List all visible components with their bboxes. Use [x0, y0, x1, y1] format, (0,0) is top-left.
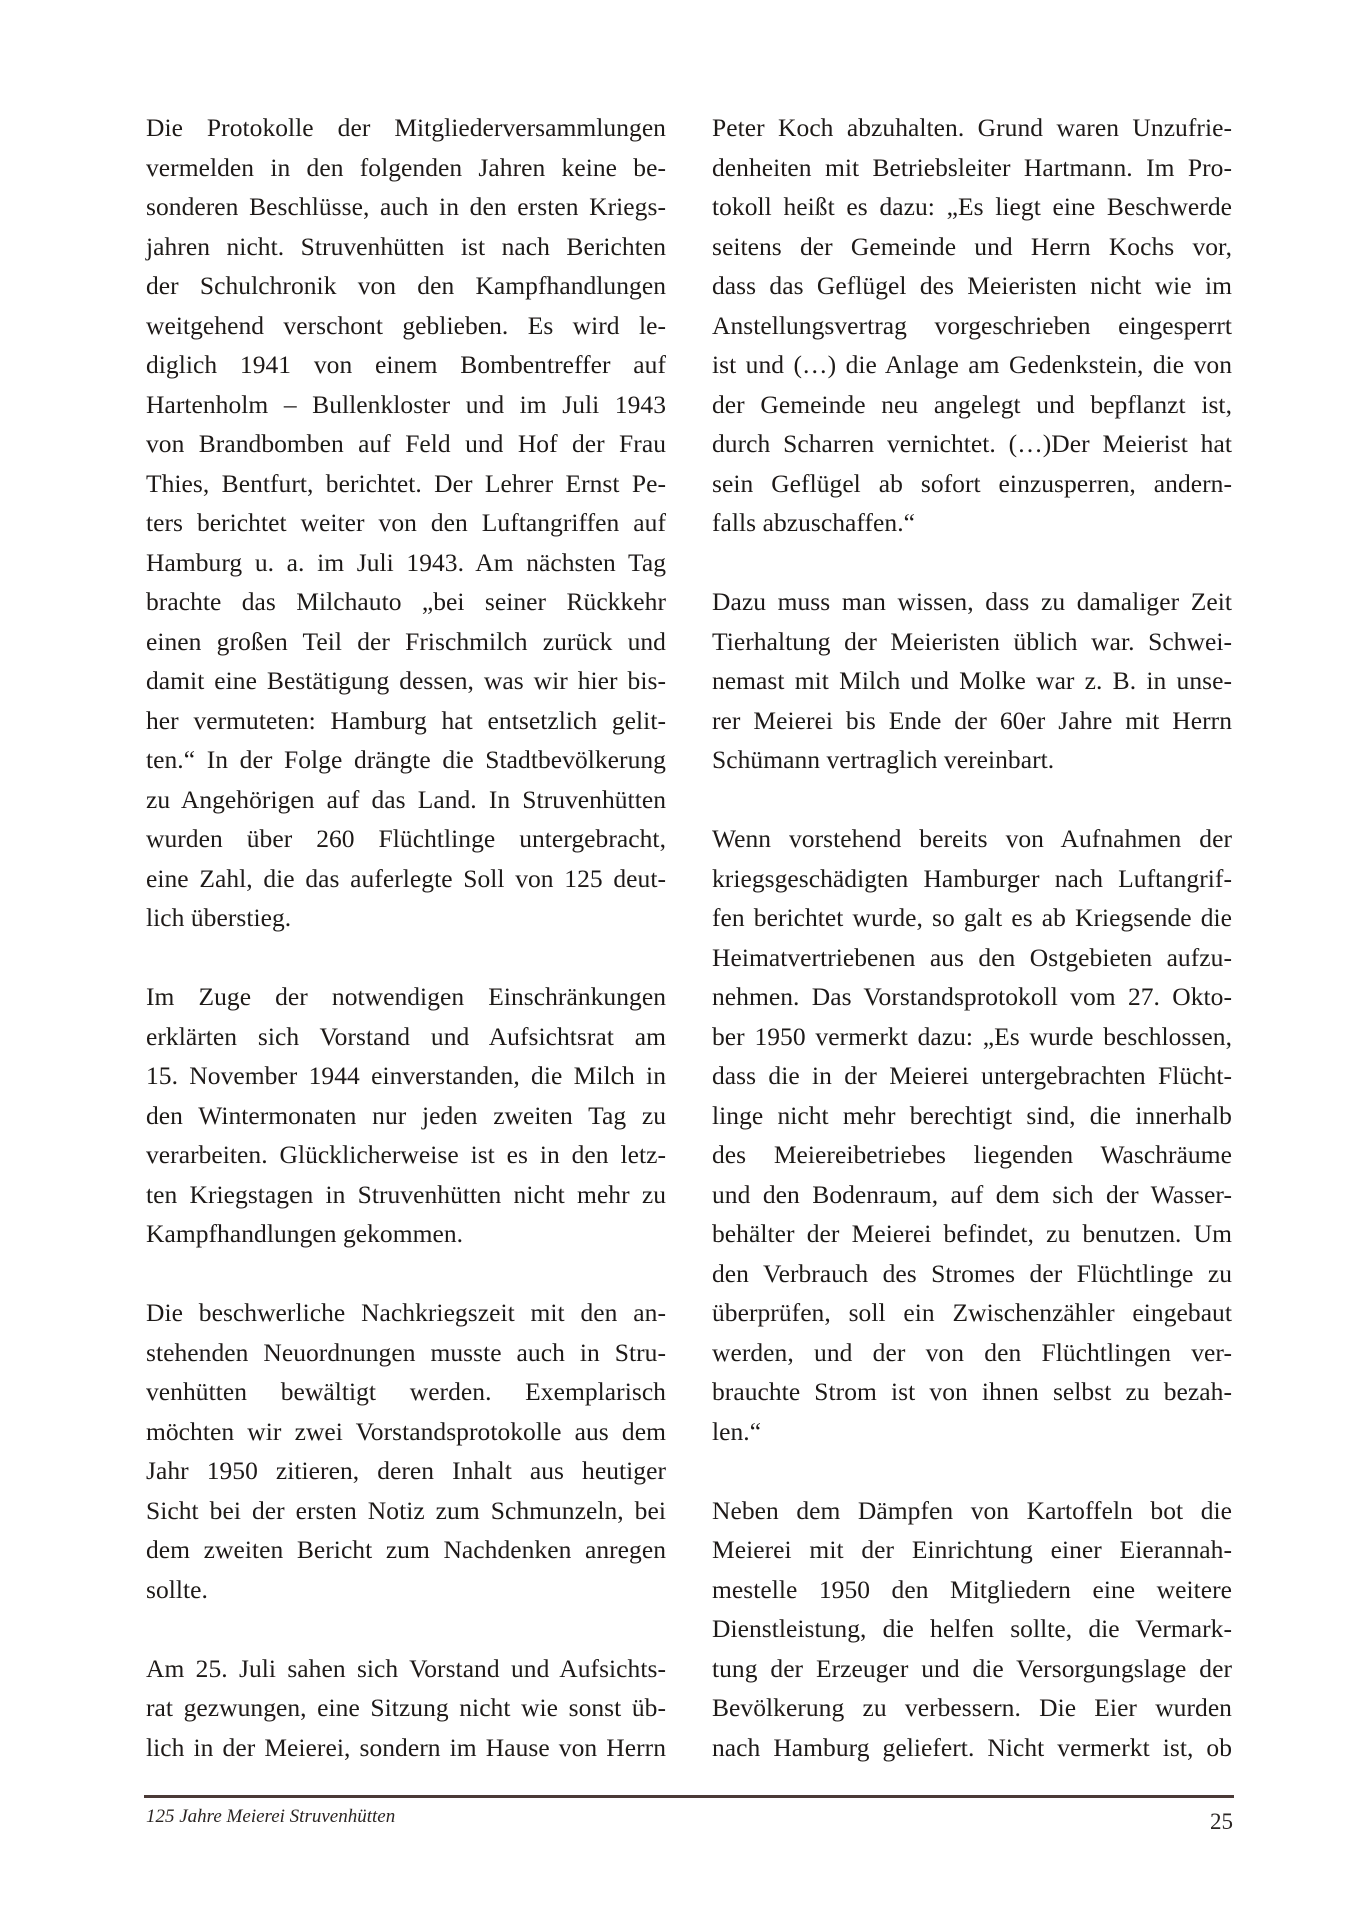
text-line: der Gemeinde neu angelegt und bepflanzt … [712, 385, 1232, 425]
text-line: werden, und der von den Flüchtlingen ver… [712, 1333, 1232, 1373]
text-line: seitens der Gemeinde und Herrn Kochs vor… [712, 227, 1232, 267]
text-line: fen berichtet wurde, so galt es ab Krieg… [712, 898, 1232, 938]
running-footer-title: 125 Jahre Meierei Struvenhütten [146, 1806, 395, 1828]
paragraph: Im Zuge der notwendigen Einschränkungen … [146, 977, 666, 1254]
paragraph-spacer [712, 543, 1232, 583]
paragraph: Wenn vorstehend bereits von Aufnahmen de… [712, 819, 1232, 1451]
paragraph-spacer [146, 938, 666, 978]
text-line: weitgehend verschont geblieben. Es wird … [146, 306, 666, 346]
text-line: zu Angehörigen auf das Land. In Struvenh… [146, 780, 666, 820]
text-line: tung der Erzeuger und die Versorgungslag… [712, 1649, 1232, 1689]
text-line: vermelden in den folgenden Jahren keine … [146, 148, 666, 188]
paragraph-spacer [712, 780, 1232, 820]
paragraph: Dazu muss man wissen, dass zu damaliger … [712, 582, 1232, 780]
text-line: überprüfen, soll ein Zwischenzähler eing… [712, 1293, 1232, 1333]
text-line: lich überstieg. [146, 898, 666, 938]
text-line: Im Zuge der notwendigen Einschränkungen [146, 977, 666, 1017]
text-line: den Wintermonaten nur jeden zweiten Tag … [146, 1096, 666, 1136]
text-line: Anstellungsvertrag vorgeschrieben einges… [712, 306, 1232, 346]
paragraph-spacer [146, 1254, 666, 1294]
text-line: Hartenholm – Bullenkloster und im Juli 1… [146, 385, 666, 425]
text-line: nach Hamburg geliefert. Nicht vermerkt i… [712, 1728, 1232, 1768]
text-line: ten.“ In der Folge drängte die Stadtbevö… [146, 740, 666, 780]
text-line: und den Bodenraum, auf dem sich der Wass… [712, 1175, 1232, 1215]
text-line: Peter Koch abzuhalten. Grund waren Unzuf… [712, 108, 1232, 148]
text-line: rer Meierei bis Ende der 60er Jahre mit … [712, 701, 1232, 741]
text-line: dass die in der Meierei untergebrachten … [712, 1056, 1232, 1096]
paragraph: Die beschwerliche Nachkriegszeit mit den… [146, 1293, 666, 1609]
text-line: Jahr 1950 zitieren, deren Inhalt aus heu… [146, 1451, 666, 1491]
text-line: venhütten bewältigt werden. Exemplarisch [146, 1372, 666, 1412]
text-line: brauchte Strom ist von ihnen selbst zu b… [712, 1372, 1232, 1412]
text-line: nemast mit Milch und Molke war z. B. in … [712, 661, 1232, 701]
text-line: Wenn vorstehend bereits von Aufnahmen de… [712, 819, 1232, 859]
text-line: einen großen Teil der Frischmilch zurück… [146, 622, 666, 662]
text-line: Kampfhandlungen gekommen. [146, 1214, 666, 1254]
book-page: Die Protokolle der Mitgliederversammlung… [0, 0, 1369, 1920]
text-line: Bevölkerung zu verbessern. Die Eier wurd… [712, 1688, 1232, 1728]
text-line: Tierhaltung der Meieristen üblich war. S… [712, 622, 1232, 662]
left-text-column: Die Protokolle der Mitgliederversammlung… [146, 108, 666, 1767]
text-line: ters berichtet weiter von den Luftangrif… [146, 503, 666, 543]
text-line: sollte. [146, 1570, 666, 1610]
text-line: des Meiereibetriebes liegenden Waschräum… [712, 1135, 1232, 1175]
text-line: Dienstleistung, die helfen sollte, die V… [712, 1609, 1232, 1649]
paragraph: Am 25. Juli sahen sich Vorstand und Aufs… [146, 1649, 666, 1768]
text-line: dem zweiten Bericht zum Nachdenken anreg… [146, 1530, 666, 1570]
text-line: Schümann vertraglich vereinbart. [712, 740, 1232, 780]
text-line: wurden über 260 Flüchtlinge untergebrach… [146, 819, 666, 859]
text-line: verarbeiten. Glücklicherweise ist es in … [146, 1135, 666, 1175]
text-line: brachte das Milchauto „bei seiner Rückke… [146, 582, 666, 622]
text-line: von Brandbomben auf Feld und Hof der Fra… [146, 424, 666, 464]
text-line: Die Protokolle der Mitgliederversammlung… [146, 108, 666, 148]
text-line: kriegsgeschädigten Hamburger nach Luftan… [712, 859, 1232, 899]
paragraph: Die Protokolle der Mitgliederversammlung… [146, 108, 666, 938]
text-line: dass das Geflügel des Meieristen nicht w… [712, 266, 1232, 306]
text-line: Neben dem Dämpfen von Kartoffeln bot die [712, 1491, 1232, 1531]
text-line: mestelle 1950 den Mitgliedern eine weite… [712, 1570, 1232, 1610]
text-line: tokoll heißt es dazu: „Es liegt eine Bes… [712, 187, 1232, 227]
text-line: diglich 1941 von einem Bombentreffer auf [146, 345, 666, 385]
right-text-column: Peter Koch abzuhalten. Grund waren Unzuf… [712, 108, 1232, 1767]
text-line: erklärten sich Vorstand und Aufsichtsrat… [146, 1017, 666, 1057]
text-line: linge nicht mehr berechtigt sind, die in… [712, 1096, 1232, 1136]
paragraph-spacer [146, 1609, 666, 1649]
text-line: möchten wir zwei Vorstandsprotokolle aus… [146, 1412, 666, 1452]
text-line: 15. November 1944 einverstanden, die Mil… [146, 1056, 666, 1096]
text-line: lich in der Meierei, sondern im Hause vo… [146, 1728, 666, 1768]
text-line: ber 1950 vermerkt dazu: „Es wurde beschl… [712, 1017, 1232, 1057]
text-line: rat gezwungen, eine Sitzung nicht wie so… [146, 1688, 666, 1728]
text-line: Dazu muss man wissen, dass zu damaliger … [712, 582, 1232, 622]
footer-divider [144, 1795, 1234, 1798]
text-line: nehmen. Das Vorstandsprotokoll vom 27. O… [712, 977, 1232, 1017]
paragraph-spacer [712, 1451, 1232, 1491]
text-line: ten Kriegstagen in Struvenhütten nicht m… [146, 1175, 666, 1215]
text-line: Am 25. Juli sahen sich Vorstand und Aufs… [146, 1649, 666, 1689]
text-line: her vermuteten: Hamburg hat entsetzlich … [146, 701, 666, 741]
text-line: Heimatvertriebenen aus den Ostgebieten a… [712, 938, 1232, 978]
text-line: Thies, Bentfurt, berichtet. Der Lehrer E… [146, 464, 666, 504]
text-line: Sicht bei der ersten Notiz zum Schmunzel… [146, 1491, 666, 1531]
paragraph: Neben dem Dämpfen von Kartoffeln bot die… [712, 1491, 1232, 1768]
page-number: 25 [1210, 1809, 1233, 1835]
text-line: ist und (…) die Anlage am Gedenkstein, d… [712, 345, 1232, 385]
text-line: stehenden Neuordnungen musste auch in St… [146, 1333, 666, 1373]
text-line: Die beschwerliche Nachkriegszeit mit den… [146, 1293, 666, 1333]
text-line: sein Geflügel ab sofort einzusperren, an… [712, 464, 1232, 504]
text-line: Meierei mit der Einrichtung einer Eieran… [712, 1530, 1232, 1570]
text-line: eine Zahl, die das auferlegte Soll von 1… [146, 859, 666, 899]
text-line: jahren nicht. Struvenhütten ist nach Ber… [146, 227, 666, 267]
text-line: falls abzuschaffen.“ [712, 503, 1232, 543]
text-line: denheiten mit Betriebsleiter Hartmann. I… [712, 148, 1232, 188]
paragraph: Peter Koch abzuhalten. Grund waren Unzuf… [712, 108, 1232, 543]
text-line: damit eine Bestätigung dessen, was wir h… [146, 661, 666, 701]
text-line: len.“ [712, 1412, 1232, 1452]
text-line: den Verbrauch des Stromes der Flüchtling… [712, 1254, 1232, 1294]
text-line: durch Scharren vernichtet. (…)Der Meieri… [712, 424, 1232, 464]
text-line: der Schulchronik von den Kampfhandlungen [146, 266, 666, 306]
text-line: sonderen Beschlüsse, auch in den ersten … [146, 187, 666, 227]
text-line: behälter der Meierei befindet, zu benutz… [712, 1214, 1232, 1254]
text-line: Hamburg u. a. im Juli 1943. Am nächsten … [146, 543, 666, 583]
